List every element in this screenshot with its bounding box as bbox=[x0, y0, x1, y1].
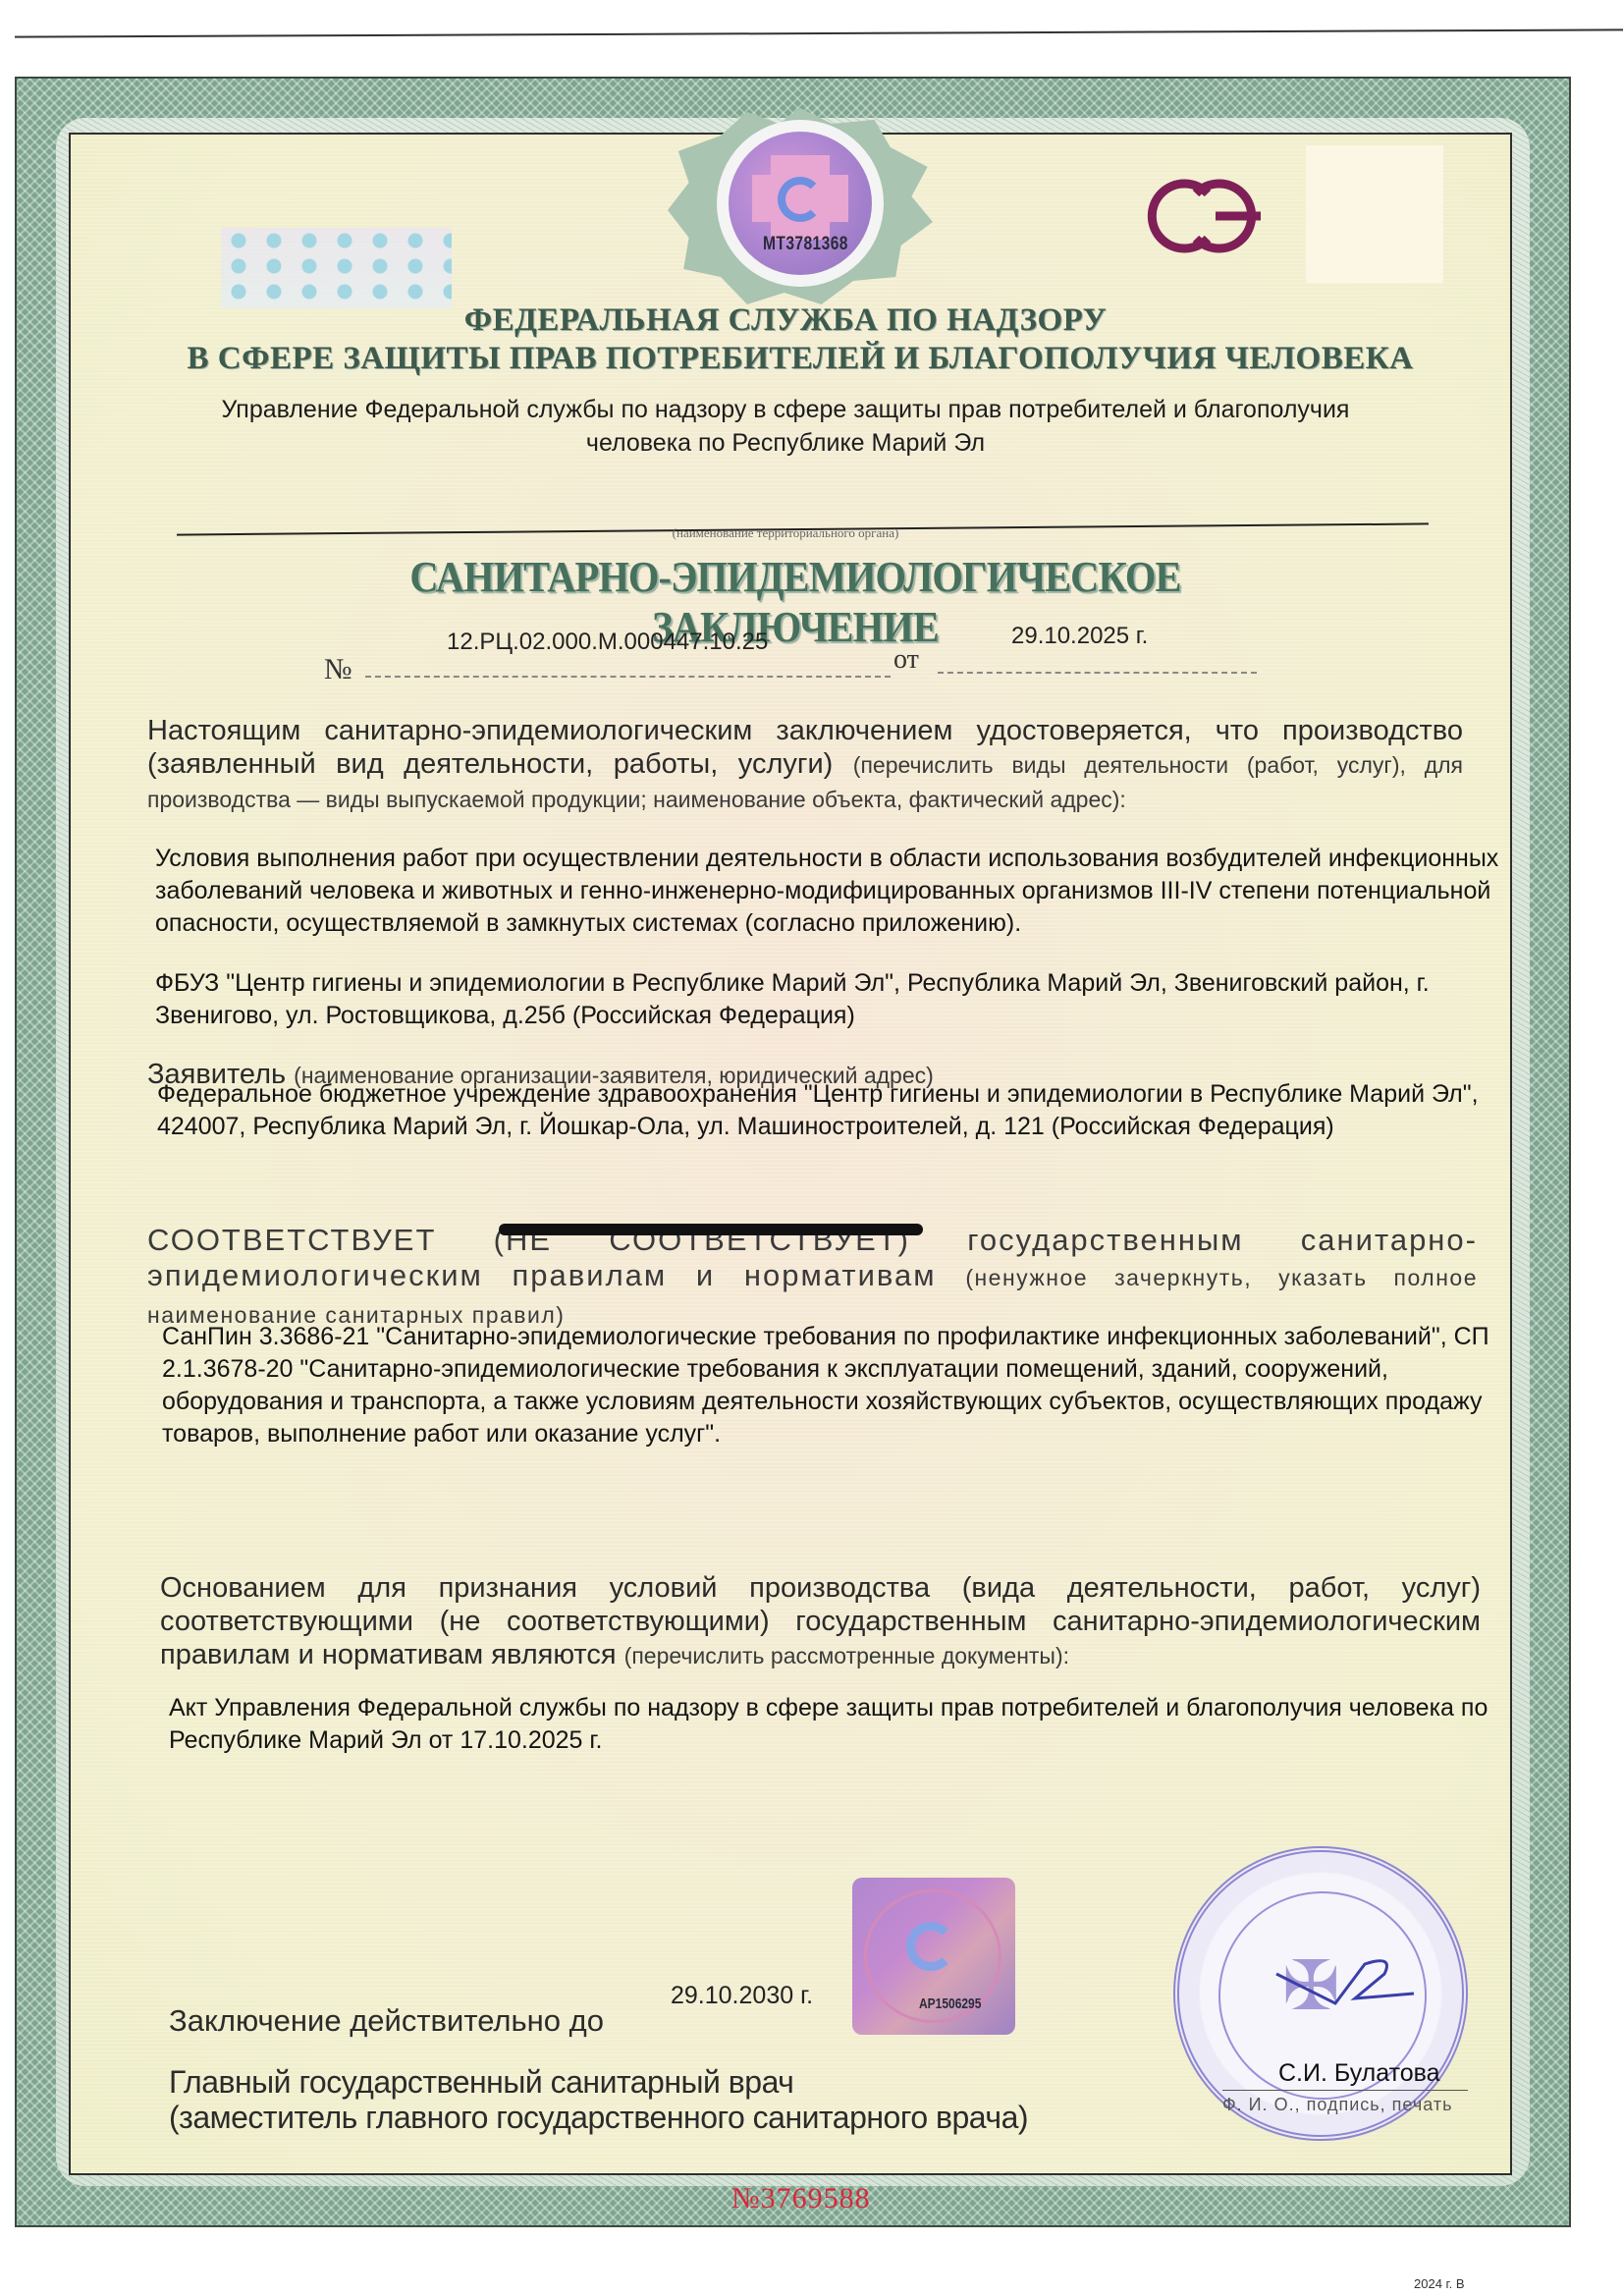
territorial-body-line1: Управление Федеральной службы по надзору… bbox=[147, 396, 1424, 424]
agency-name-line1: ФЕДЕРАЛЬНАЯ СЛУЖБА ПО НАДЗОРУ bbox=[295, 302, 1276, 339]
signature-line bbox=[1222, 2090, 1468, 2091]
signature-icon bbox=[1267, 1954, 1434, 2013]
activity-value: Условия выполнения работ при осуществлен… bbox=[155, 843, 1510, 940]
complies-text: СООТВЕТСТВУЕТ bbox=[147, 1223, 436, 1257]
signatory-title-deputy: (заместитель главного государственного с… bbox=[169, 2100, 1028, 2136]
activity-address: ФБУЗ "Центр гигиены и эпидемиологии в Ре… bbox=[155, 967, 1490, 1032]
footer-fragment: 2024 г. В bbox=[1414, 2276, 1465, 2291]
activity-lead: Настоящим санитарно-эпидемиологическим з… bbox=[147, 714, 1463, 816]
validity-date: 29.10.2030 г. bbox=[671, 1982, 813, 2010]
strikethrough-mark bbox=[499, 1224, 923, 1235]
page-edge-line bbox=[15, 28, 1623, 37]
territorial-body-line2: человека по Республике Марий Эл bbox=[147, 429, 1424, 458]
number-underline bbox=[365, 676, 891, 678]
date-underline bbox=[938, 672, 1257, 674]
basis-lead: Основанием для признания условий произво… bbox=[160, 1571, 1481, 1672]
signature-caption: Ф. И. О., подпись, печать bbox=[1222, 2095, 1452, 2115]
hologram-sticker-icon: АР1506295 bbox=[852, 1878, 1015, 2035]
blank-serial-number: №3769588 bbox=[731, 2182, 871, 2215]
document-number: 12.РЦ.02.000.М.000447.10.25 bbox=[447, 629, 768, 656]
document-title: САНИТАРНО-ЭПИДЕМИОЛОГИЧЕСКОЕ ЗАКЛЮЧЕНИЕ bbox=[290, 552, 1301, 652]
agency-name-line2: В СФЕРЕ ЗАЩИТЫ ПРАВ ПОТРЕБИТЕЛЕЙ И БЛАГО… bbox=[167, 341, 1434, 377]
hologram-sticker-serial: АР1506295 bbox=[919, 1995, 981, 2012]
hologram-serial: МТ3781368 bbox=[763, 234, 848, 255]
se-logo-icon bbox=[1139, 172, 1286, 260]
compliance-value: СанПин 3.3686-21 "Санитарно-эпидемиологи… bbox=[162, 1321, 1497, 1450]
document-date: 29.10.2025 г. bbox=[1011, 623, 1148, 650]
signatory-title: Главный государственный санитарный врач bbox=[169, 2064, 793, 2101]
security-watermark-icon bbox=[221, 228, 452, 308]
blank-area bbox=[1306, 145, 1443, 283]
date-label: от bbox=[893, 644, 919, 676]
number-label: № bbox=[324, 653, 352, 686]
validity-label: Заключение действительно до bbox=[169, 2003, 604, 2039]
compliance-statement: СООТВЕТСТВУЕТ (НЕ СООТВЕТСТВУЕТ) государ… bbox=[147, 1223, 1478, 1333]
basis-hint: (перечислить рассмотренные документы): bbox=[624, 1643, 1069, 1668]
applicant-value: Федеральное бюджетное учреждение здравоо… bbox=[157, 1078, 1492, 1143]
signatory-name: С.И. Булатова bbox=[1278, 2059, 1440, 2088]
territorial-caption: (наименование территориального органа) bbox=[589, 525, 982, 541]
basis-value: Акт Управления Федеральной службы по над… bbox=[169, 1692, 1494, 1757]
hologram-seal-icon: МТ3781368 bbox=[668, 108, 933, 304]
